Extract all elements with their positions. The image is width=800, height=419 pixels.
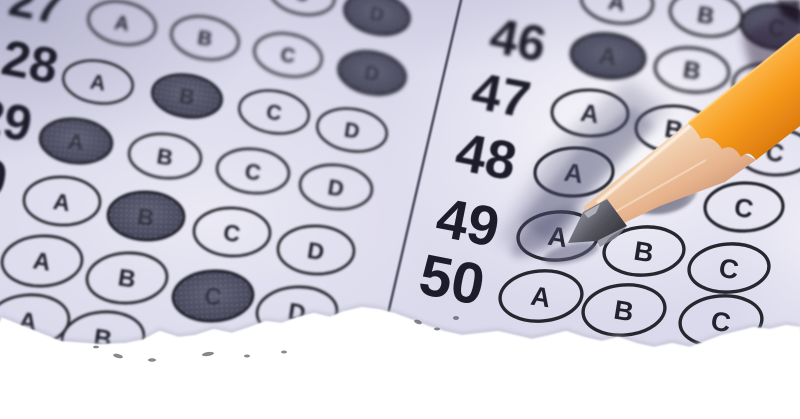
question-48-number: 48: [451, 122, 521, 192]
q30-option-B[interactable]: B: [107, 191, 185, 242]
photo-canvas: CD27ABCD28ABCD29ABCD30ABCDABCDAB ABC46AB…: [0, 0, 800, 419]
question-50-number: 50: [414, 242, 490, 318]
question-47-number: 47: [467, 62, 535, 130]
question-28-number: 28: [0, 29, 63, 95]
answer-sheet-photo: CD27ABCD28ABCD29ABCD30ABCDABCDAB ABC46AB…: [0, 0, 800, 419]
question-46-number: 46: [485, 7, 550, 73]
